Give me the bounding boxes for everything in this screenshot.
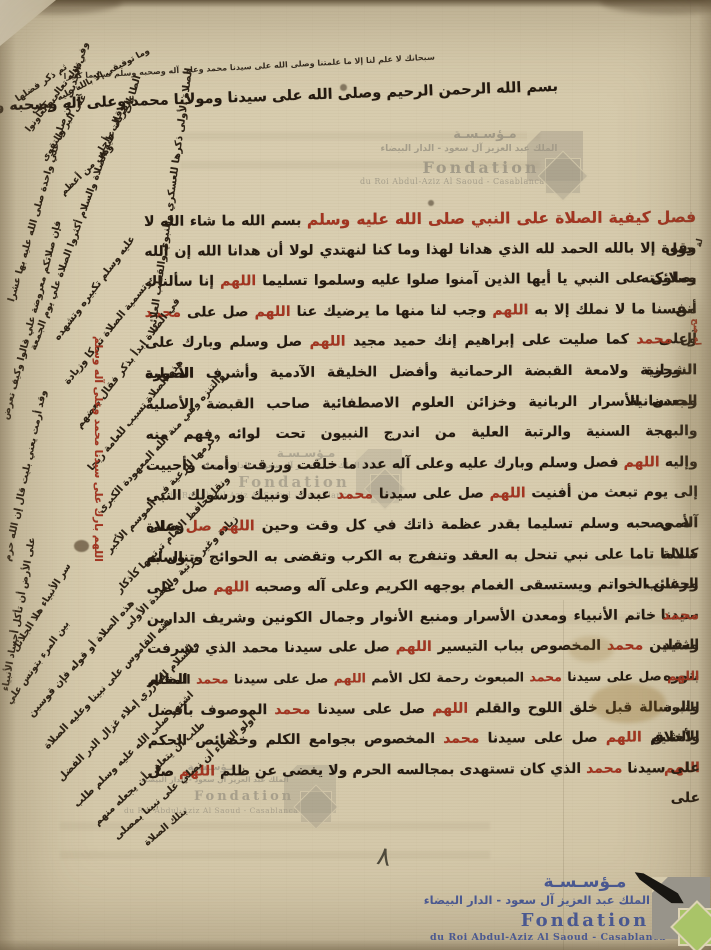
text-line: سلاما تاما على نبي تنحل به العقد وتنفرج …: [146, 539, 698, 573]
text-segment: محمد: [663, 607, 699, 623]
text-line: محمد خاتم الأنبياء ومعدن الأسرار ومنبع ا…: [147, 600, 699, 634]
text-segment: اللهم: [432, 700, 468, 716]
text-segment: صل على سيدنا: [488, 730, 598, 747]
text-segment: أنفسنا ما لا نملك إلا به: [534, 301, 696, 318]
watermark-arabic-title: مـؤسـسـة: [430, 127, 540, 142]
text-segment: المبعوث رحمة لكل الأمم: [371, 669, 524, 685]
text-segment: اللهم: [213, 579, 249, 595]
text-segment: محمد: [337, 487, 373, 503]
text-segment: صل على سيدنا: [379, 486, 484, 503]
text-segment: اللهم: [255, 304, 291, 320]
text-line: وحسن الخواتم ويستسقى الغمام بوجهه الكريم…: [147, 569, 699, 603]
text-segment: إلى يوم تبعث من أفنيت: [531, 484, 698, 501]
text-segment: محمد: [586, 760, 622, 776]
stamp-french-subtitle: du Roi Abdul-Aziz Al Saoud - Casablanca: [430, 932, 654, 943]
text-line: ومعدن الأسرار الربانية وخزائن العلوم الا…: [145, 386, 697, 420]
watermark-french-title: Fondation: [194, 789, 294, 804]
text-segment: اللهم: [667, 668, 699, 683]
watermark-french-subtitle: du Roi Abdul-Aziz Al Saoud - Casablanca: [360, 177, 542, 186]
text-segment: اللهم: [334, 670, 366, 685]
ink-blot: [74, 540, 89, 552]
text-line: فصل كيفية الصلاة على النبي صلى الله عليه…: [144, 202, 696, 236]
text-line: وإليه اللهم فصل وسلم وبارك عليه وعلى آله…: [146, 447, 698, 481]
ink-blot: [428, 200, 434, 206]
page-edge: [600, 0, 711, 14]
text-segment: ومعدن الأسرار الربانية وخزائن العلوم الا…: [145, 393, 697, 413]
fold-line: [690, 0, 691, 950]
text-segment: اللهم: [606, 730, 642, 746]
text-segment: اللهم: [396, 639, 432, 655]
watermark-french-title: Fondation: [420, 158, 542, 177]
text-segment: محمد: [196, 671, 228, 686]
page-edge: [698, 0, 711, 950]
text-line: يصلون على النبي يا أيها الذين آمنوا صلوا…: [144, 263, 696, 297]
text-segment: الثقلين: [649, 637, 699, 653]
text-segment: كما صليت على إبراهيم إنك حميد مجيد: [353, 332, 629, 350]
star-icon: [541, 154, 585, 198]
text-segment: محمد: [274, 701, 310, 717]
page-edge: [0, 0, 16, 950]
text-segment: اللهم: [310, 334, 346, 350]
text-line: الثقلين محمد المخصوص بباب التيسير اللهم …: [147, 630, 699, 664]
folded-corner: [0, 0, 56, 46]
text-segment: صل على: [187, 304, 249, 320]
text-line: وقوة إلا بالله الحمد لله الذي هدانا لهذا…: [144, 233, 696, 267]
text-segment: اللهم: [220, 273, 256, 289]
manuscript-page: مـؤسـسـة الملك عبد العزيز آل سعود - الدا…: [0, 0, 711, 950]
margin-note: وتسمية الصلاة تبركا وزيادة: [62, 277, 154, 387]
text-segment: يصلون على النبي يا أيها الذين آمنوا صلوا…: [262, 270, 696, 289]
stamp-arabic-subtitle: الملك عبد العزيز آل سعود - الدار البيضاء: [436, 893, 650, 907]
star-icon: [296, 787, 336, 827]
text-segment: اللهم: [624, 454, 660, 470]
stain: [568, 636, 614, 662]
text-segment: صل على سيدنا: [567, 668, 662, 684]
text-segment: صل على سيدنا: [234, 671, 329, 687]
text-segment: اللهم: [492, 302, 528, 318]
stamp-arabic-title: مـؤسـسـة: [520, 872, 650, 892]
text-segment: محمد: [443, 731, 479, 747]
text-segment: آله وصحبه وسلم تسليما بقدر عظمة ذاتك في …: [262, 515, 699, 534]
text-segment: محمد: [529, 669, 561, 684]
text-segment: وجب لنا منها ما يرضيك عنا: [297, 302, 487, 319]
text-segment: محمد: [636, 332, 672, 348]
text-line: أنفسنا ما لا نملك إلا به اللهم وجب لنا م…: [145, 294, 697, 328]
text-line: على سيدنا محمد الذي كان تستهدى بمجالسه ا…: [148, 753, 700, 787]
basmala-line: بسم الله الرحمن الرحيم وصلى الله على سيد…: [146, 79, 558, 109]
text-segment: والبهجة السنية والرتبة العلية من اندرج ا…: [146, 423, 698, 443]
star-icon: [674, 904, 711, 950]
red-marginal-note: اللهم بارك على سيدنا محمد وعلى آله وسلم: [92, 336, 104, 562]
stain: [590, 683, 666, 723]
text-segment: صل على سيدنا: [318, 700, 426, 717]
text-line: آل محمد كما صليت على إبراهيم إنك حميد مج…: [145, 324, 697, 358]
text-segment: الذي كان تستهدى بمجالسه الحرم ولا يغضى ع…: [220, 761, 581, 780]
text-line: والبهجة السنية والرتبة العلية من اندرج ا…: [145, 416, 697, 450]
text-segment: فصل وسلم وبارك عليه وعلى آله عدد ما خلقت…: [146, 454, 619, 473]
ink-blot: [340, 84, 347, 91]
text-segment: فصل كيفية الصلاة على النبي صلى الله عليه…: [307, 208, 696, 229]
text-segment: اللهم: [490, 486, 526, 502]
text-line: النورانية ولامعة القبضة الرحمانية وأفضل …: [145, 355, 697, 389]
text-segment: والشيم: [650, 729, 700, 745]
stamp-french-title: Fondation: [518, 910, 652, 931]
text-segment: وحسن الخواتم ويستسقى الغمام بوجهه الكريم…: [255, 576, 699, 595]
